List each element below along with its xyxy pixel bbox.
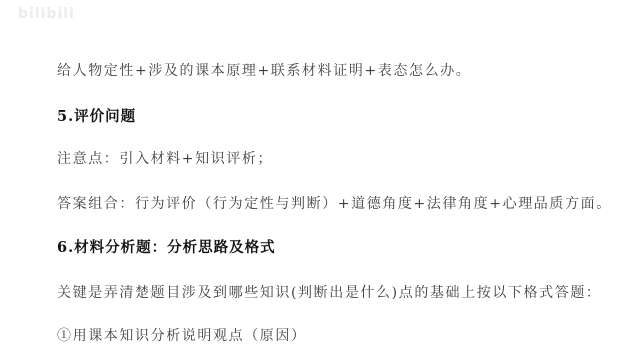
heading-material-analysis: 6.材料分析题：分析思路及格式 — [57, 236, 276, 257]
paragraph-notes: 注意点：引入材料+知识评析； — [57, 148, 273, 168]
paragraph-summary: 给人物定性+涉及的课本原理+联系材料证明+表态怎么办。 — [57, 60, 471, 80]
paragraph-key-point: 关键是弄清楚题目涉及到哪些知识(判断出是什么)点的基础上按以下格式答题： — [57, 282, 602, 302]
bilibili-watermark: bilibili — [18, 6, 75, 22]
heading-evaluation-question: 5.评价问题 — [57, 105, 136, 126]
paragraph-answer-combination: 答案组合：行为评价（行为定性与判断）+道德角度+法律角度+心理品质方面。 — [57, 193, 612, 213]
list-item-1: ①用课本知识分析说明观点（原因） — [57, 325, 307, 345]
